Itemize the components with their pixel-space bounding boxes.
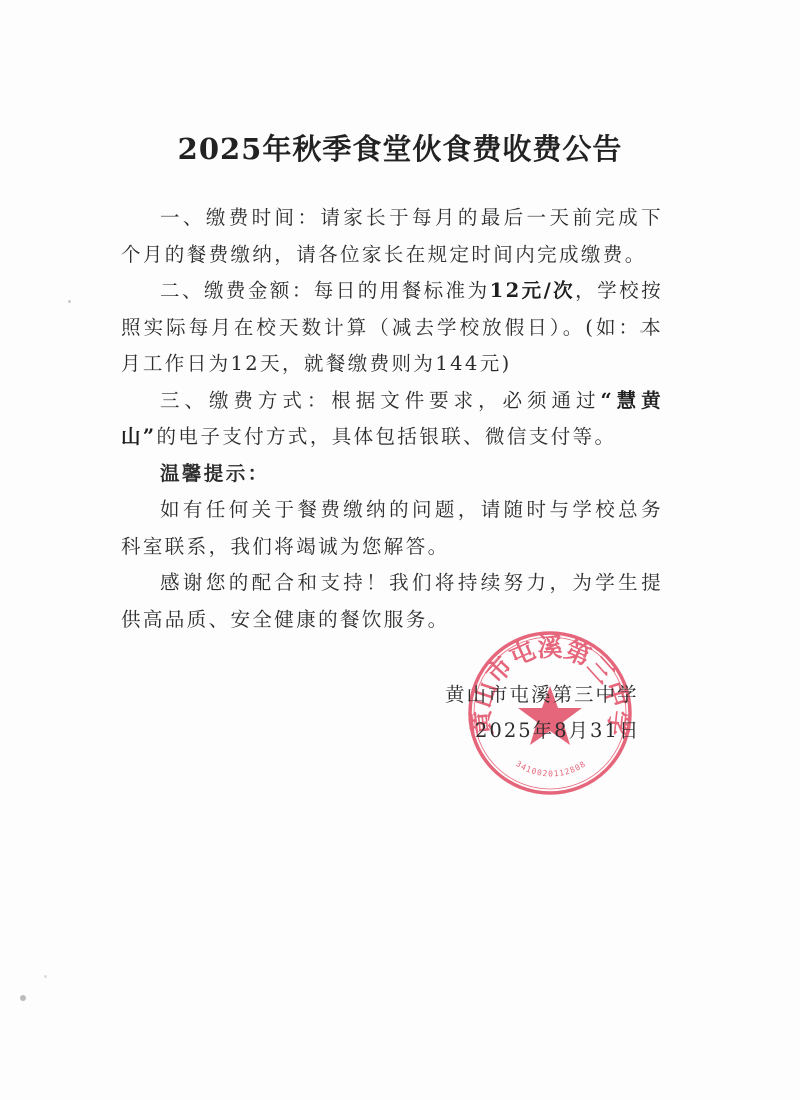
- notice-body: 一、缴费时间：请家长于每月的最后一天前完成下个月的餐费缴纳，请各位家长在规定时间…: [121, 200, 663, 638]
- section-payment-method: 三、缴费方式：根据文件要求，必须通过“慧黄山”的电子支付方式，具体包括银联、微信…: [121, 383, 663, 456]
- scan-speck: [68, 300, 71, 303]
- document-page: 2025年秋季食堂伙食费收费公告 一、缴费时间：请家长于每月的最后一天前完成下个…: [0, 0, 800, 1100]
- signature-block: 黄山市屯溪第三中学 2025年8月31日: [445, 677, 640, 749]
- svg-text:3410020112808: 3410020112808: [514, 759, 588, 778]
- scan-speck: [44, 975, 47, 978]
- scan-speck: [20, 995, 26, 1001]
- section-payment-time: 一、缴费时间：请家长于每月的最后一天前完成下个月的餐费缴纳，请各位家长在规定时间…: [121, 200, 663, 273]
- tips-heading: 温馨提示：: [121, 456, 663, 493]
- signature-organization: 黄山市屯溪第三中学: [445, 677, 640, 713]
- section-payment-amount: 二、缴费金额：每日的用餐标准为12元/次，学校按照实际每月在校天数计算（减去学校…: [121, 273, 663, 383]
- scan-speck: [640, 330, 643, 333]
- meal-price: 12元/次: [490, 279, 576, 302]
- document-title: 2025年秋季食堂伙食费收费公告: [0, 127, 800, 168]
- tip-contact: 如有任何关于餐费缴纳的问题，请随时与学校总务科室联系，我们将竭诚为您解答。: [121, 492, 663, 565]
- signature-date: 2025年8月31日: [445, 713, 640, 749]
